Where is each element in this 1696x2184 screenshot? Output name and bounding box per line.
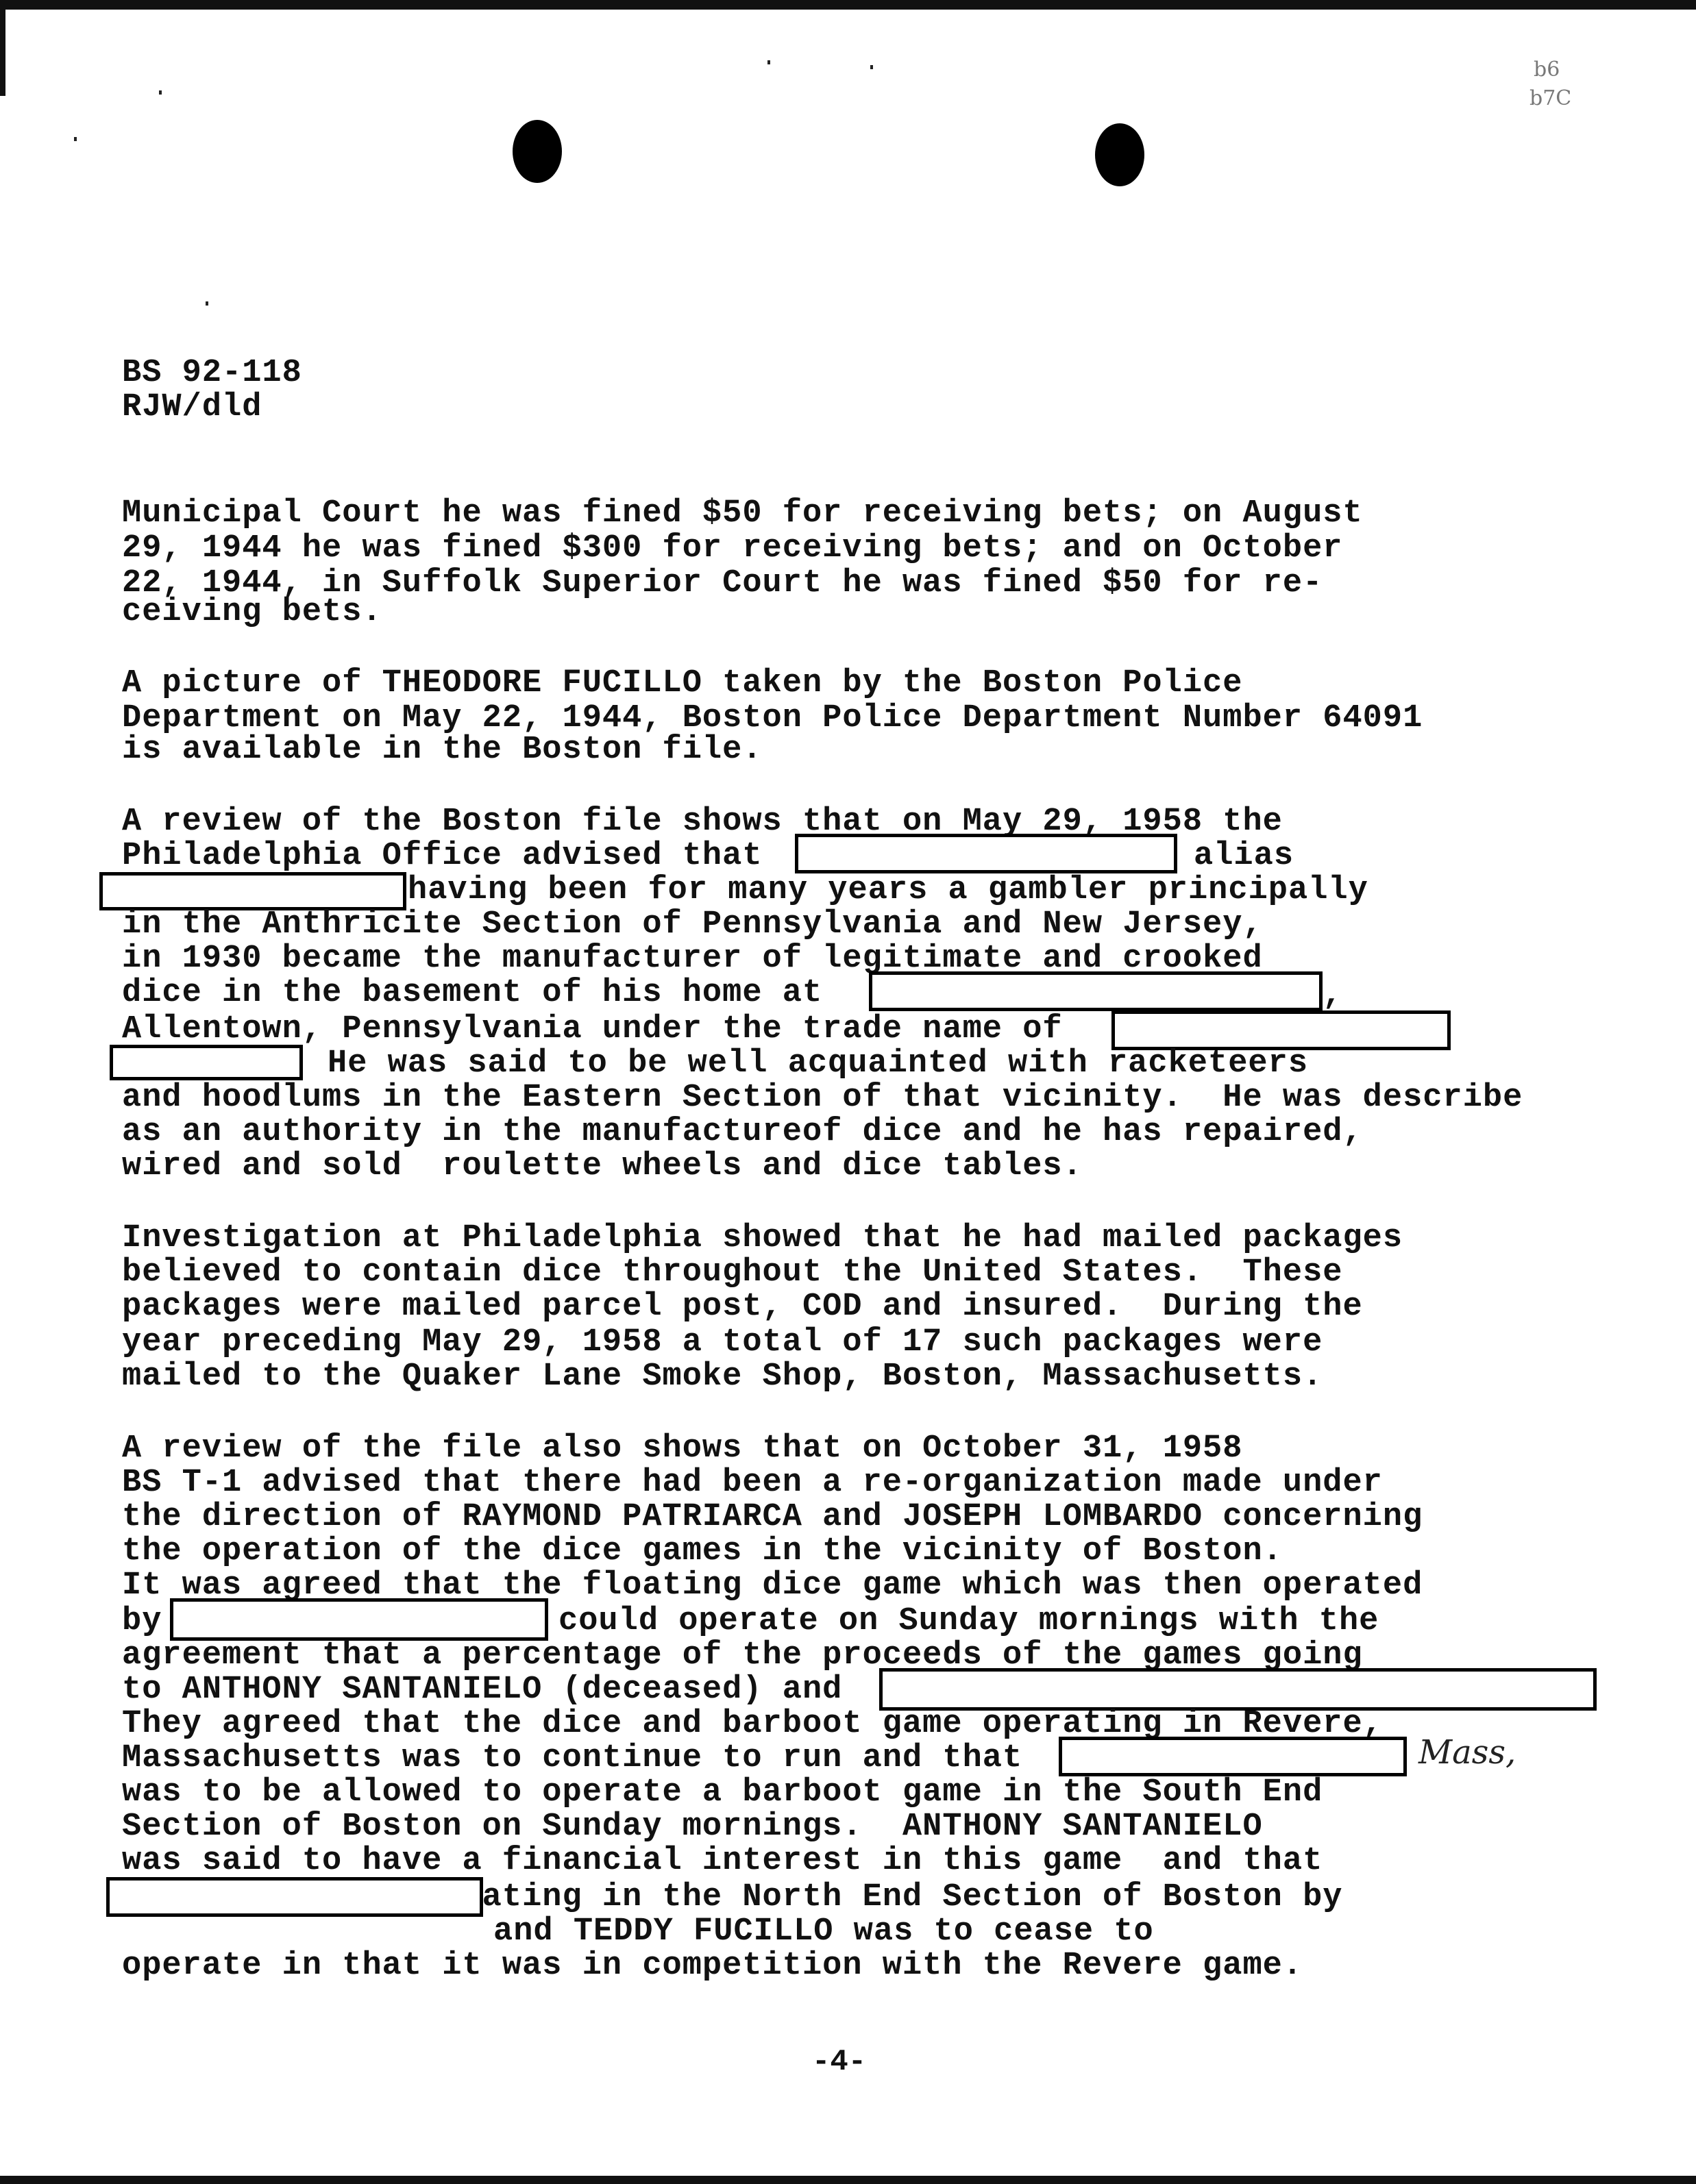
redaction-box (170, 1598, 548, 1641)
paragraph-4-line: Investigation at Philadelphia showed tha… (122, 1221, 1403, 1256)
redaction-box (106, 1877, 483, 1917)
paragraph-3-line: wired and sold roulette wheels and dice … (122, 1150, 1083, 1184)
paragraph-3-line: dice in the basement of his home at (122, 976, 822, 1010)
page-number: -4- (812, 2045, 866, 2079)
paragraph-3-line: , (1323, 978, 1342, 1013)
paragraph-5-line: Section of Boston on Sunday mornings. AN… (122, 1810, 1263, 1844)
paragraph-4-line: packages were mailed parcel post, COD an… (122, 1290, 1363, 1324)
punch-hole-right (1095, 123, 1144, 186)
scan-speck (870, 65, 873, 69)
paragraph-5-line: and TEDDY FUCILLO was to cease to (493, 1915, 1154, 1949)
handwritten-annotation: Mass, (1418, 1733, 1516, 1772)
redaction-box (879, 1668, 1597, 1711)
redaction-box (99, 872, 406, 910)
exemption-code-b7c: b7C (1529, 86, 1571, 111)
paragraph-3-line: having been for many years a gambler pri… (408, 873, 1368, 908)
paragraph-3-line: as an authority in the manufactureof dic… (122, 1115, 1363, 1150)
redaction-box (110, 1045, 303, 1080)
document-page: b6 b7C BS 92-118 RJW/dld Municipal Court… (0, 0, 1696, 2184)
exemption-code-b6: b6 (1534, 58, 1560, 82)
paragraph-1-line: Municipal Court he was fined $50 for rec… (122, 497, 1363, 531)
scan-speck (74, 137, 77, 141)
paragraph-3-line: in the Anthricite Section of Pennsylvani… (122, 908, 1263, 942)
paragraph-4-line: year preceding May 29, 1958 a total of 1… (122, 1326, 1323, 1360)
scan-speck (767, 60, 770, 64)
typist-initials: RJW/dld (122, 390, 262, 425)
paragraph-4-line: believed to contain dice throughout the … (122, 1256, 1342, 1290)
redaction-box (1059, 1737, 1407, 1776)
redaction-box (1111, 1010, 1451, 1050)
paragraph-3-line: and hoodlums in the Eastern Section of t… (122, 1081, 1523, 1115)
paragraph-5-line: the direction of RAYMOND PATRIARCA and J… (122, 1500, 1423, 1535)
paragraph-3-line: Allentown, Pennsylvania under the trade … (122, 1013, 1063, 1047)
redaction-box (795, 834, 1177, 873)
paragraph-3-line: He was said to be well acquainted with r… (328, 1047, 1308, 1081)
paragraph-2-line: is available in the Boston file. (122, 733, 763, 767)
paragraph-5-line: A review of the file also shows that on … (122, 1432, 1242, 1466)
paragraph-2-line: A picture of THEODORE FUCILLO taken by t… (122, 667, 1242, 701)
paragraph-2-line: Department on May 22, 1944, Boston Polic… (122, 702, 1423, 736)
paragraph-4-line: mailed to the Quaker Lane Smoke Shop, Bo… (122, 1360, 1323, 1394)
paragraph-5-line: BS T-1 advised that there had been a re-… (122, 1466, 1383, 1500)
scan-edge-left (0, 0, 5, 96)
paragraph-3-line: Philadelphia Office advised that (122, 839, 763, 873)
redaction-box (869, 971, 1323, 1011)
paragraph-5-line: could operate on Sunday mornings with th… (558, 1604, 1379, 1639)
punch-hole-left (513, 120, 562, 183)
paragraph-1-line: ceiving bets. (122, 595, 382, 630)
paragraph-5-line: the operation of the dice games in the v… (122, 1535, 1283, 1569)
scan-edge-top (0, 0, 1696, 10)
scan-speck (159, 90, 162, 95)
scan-edge-bottom (0, 2176, 1696, 2184)
paragraph-1-line: 29, 1944 he was fined $300 for receiving… (122, 532, 1342, 566)
scan-speck (206, 301, 208, 306)
paragraph-5-line: was to be allowed to operate a barboot g… (122, 1776, 1323, 1810)
paragraph-3-line: alias (1194, 839, 1294, 873)
paragraph-5-line: was said to have a financial interest in… (122, 1844, 1323, 1878)
file-number: BS 92-118 (122, 356, 302, 390)
paragraph-5-line: operate in that it was in competition wi… (122, 1949, 1303, 1983)
paragraph-5-line: Massachusetts was to continue to run and… (122, 1741, 1022, 1776)
paragraph-5-line: to ANTHONY SANTANIELO (deceased) and (122, 1673, 842, 1707)
paragraph-5-line: by (122, 1604, 162, 1639)
